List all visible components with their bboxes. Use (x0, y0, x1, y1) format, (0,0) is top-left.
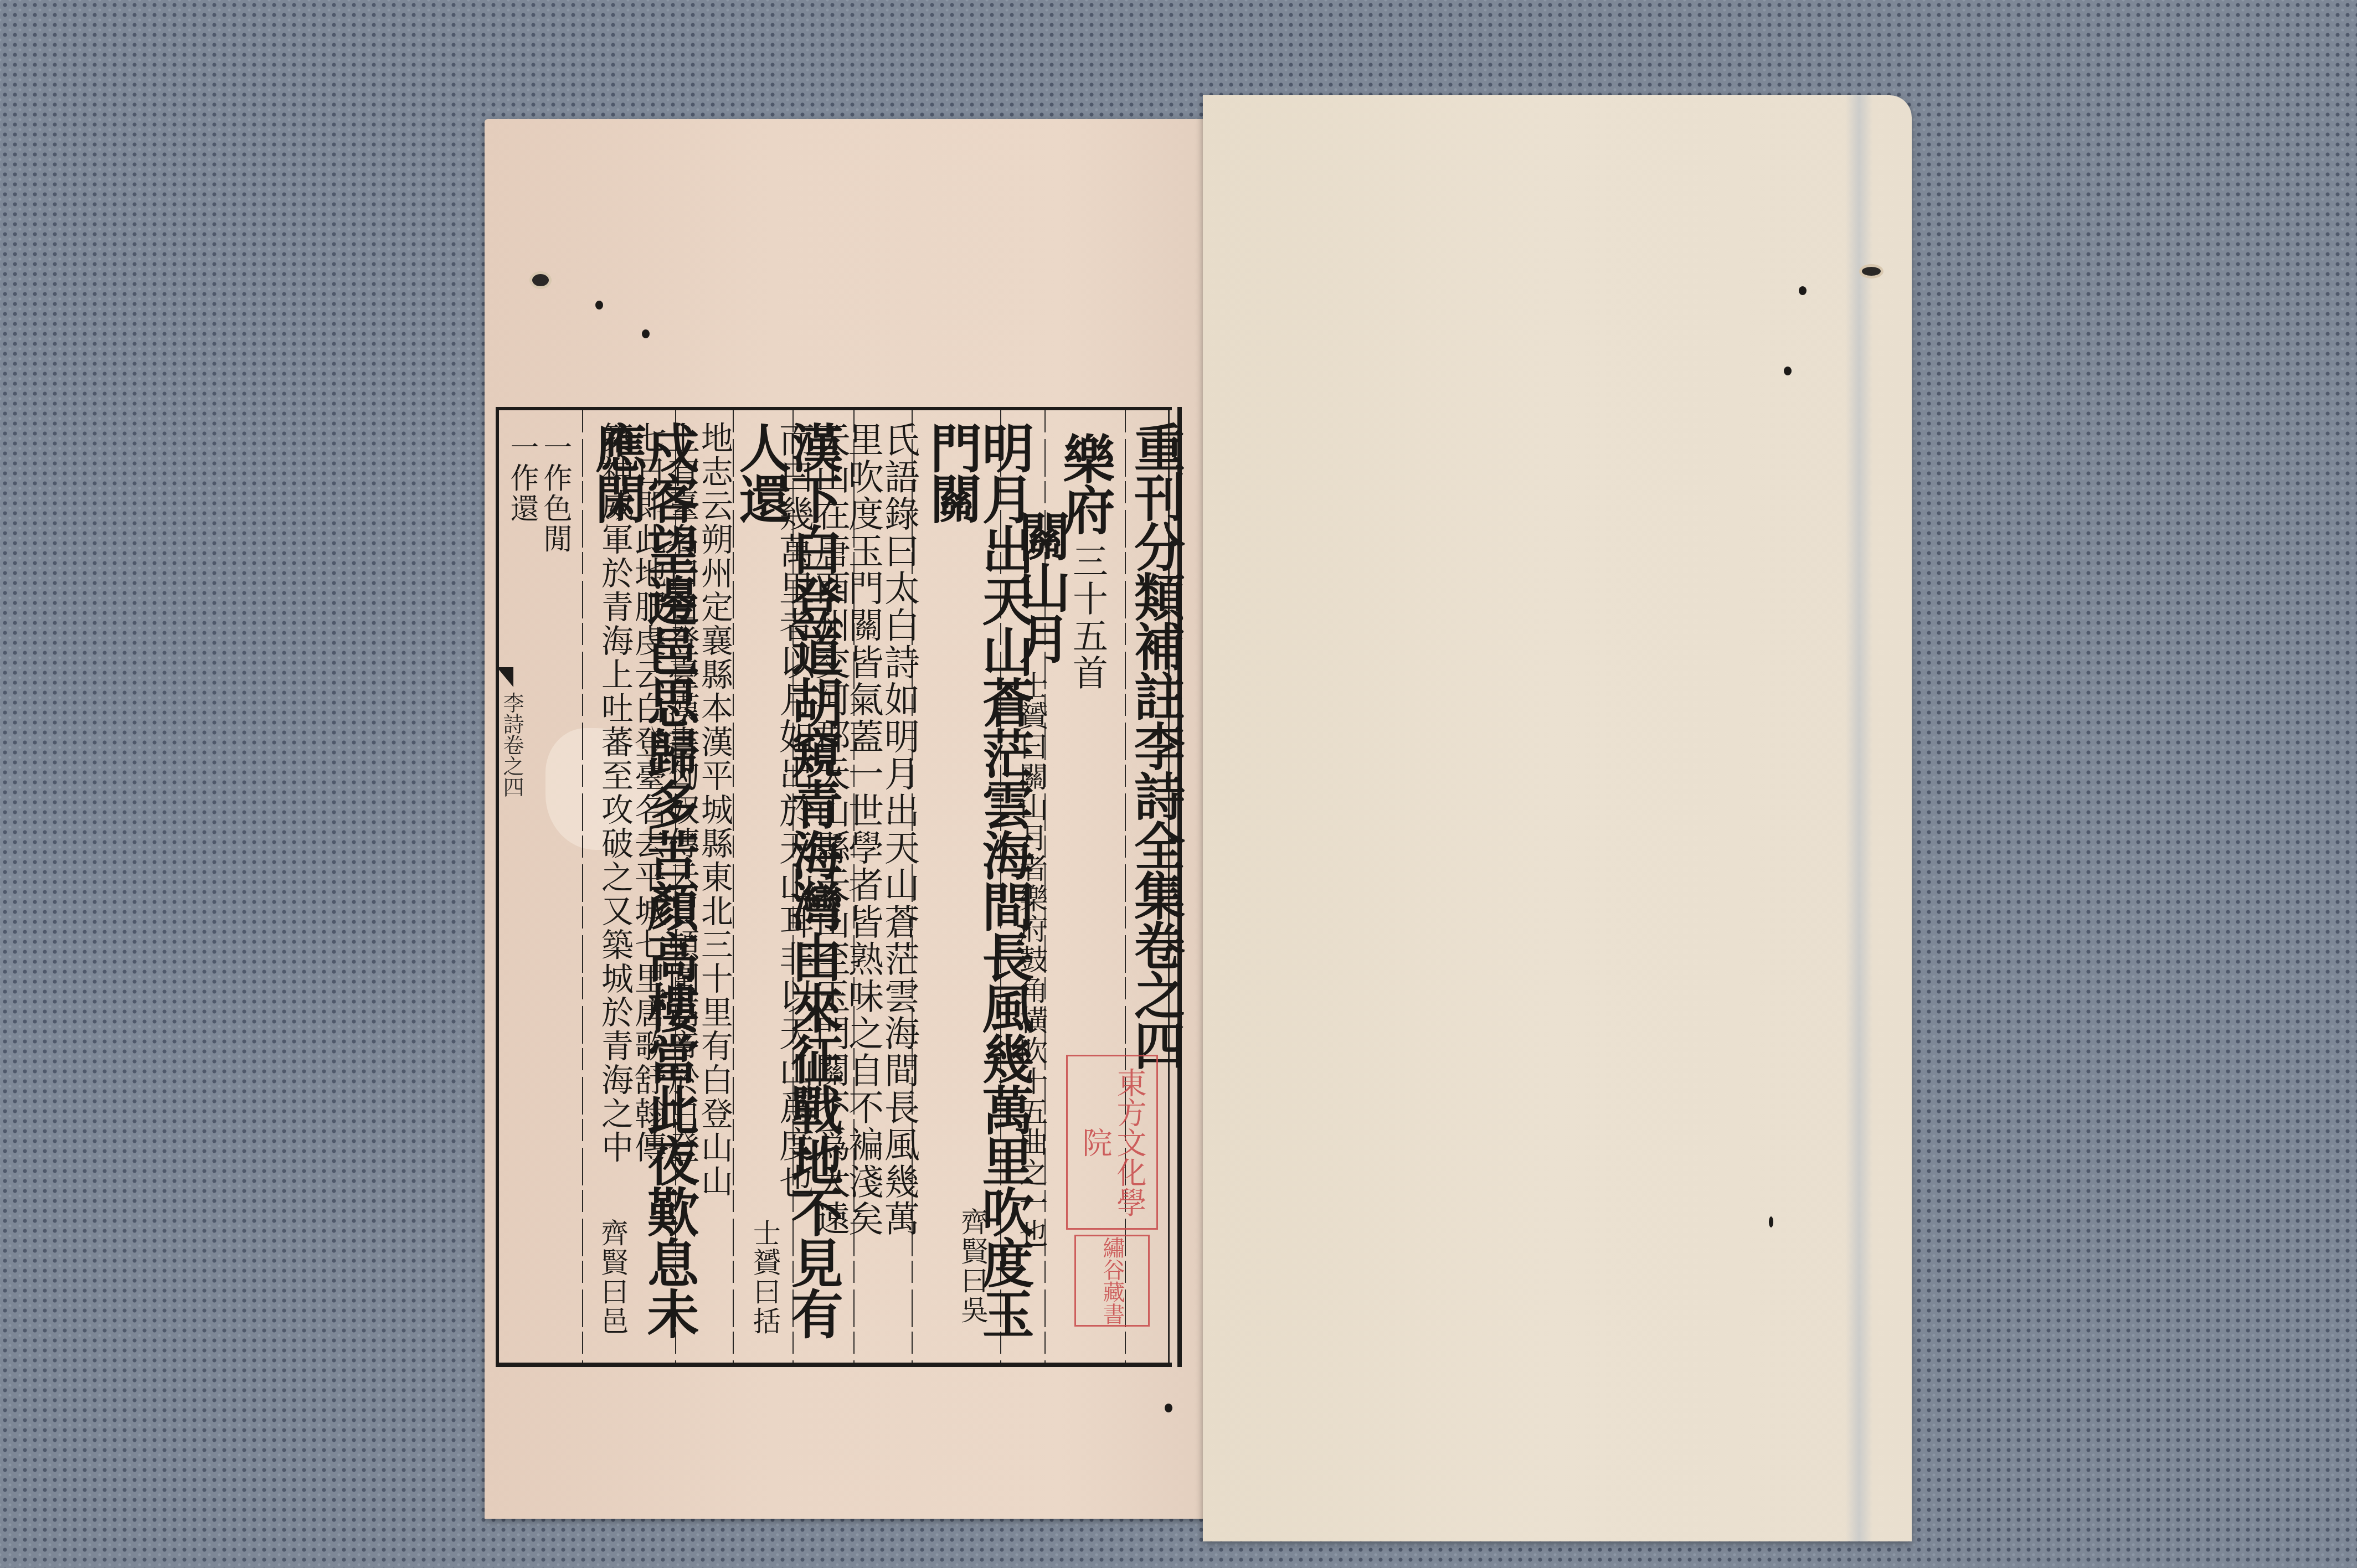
variant-note-1: 一作色閒 (541, 432, 569, 554)
right-page-blank (1203, 95, 1912, 1541)
binding-hole (595, 301, 603, 310)
commentary-1c: 里吹度玉門關皆氣蓋一世學者皆熟味之自不褊淺矣 (845, 421, 881, 1237)
fold-shadow (1845, 95, 1873, 1541)
left-page: 重刊分類補註李詩全集卷之四 樂府 三十五首 關山月 士贇曰關山月者樂府鼓角橫吹十… (485, 119, 1205, 1519)
commentary-2b: 地志云朔州定襄縣本漢平城縣東北三十里有白登山山 (698, 421, 730, 1198)
commentary-2a: 士贇曰括 (734, 1219, 779, 1336)
commentary-1a: 齊賢曰吳 (920, 1208, 986, 1325)
worm-hole (1769, 1216, 1773, 1227)
binding-hole (1784, 367, 1792, 375)
collector-seal-1: 東方文化學院 (1066, 1055, 1158, 1230)
gutter-label: 李詩卷之四 (497, 692, 527, 797)
commentary-3a: 齊賢曰邑 (582, 1219, 626, 1336)
volume-title: 重刊分類補註李詩全集卷之四 (1130, 421, 1181, 1069)
binding-hole (1862, 267, 1881, 276)
binding-hole (1799, 286, 1807, 295)
variant-note-2: 一作還 (507, 432, 536, 524)
fishtail-mark (497, 667, 513, 687)
binding-hole (642, 329, 650, 338)
binding-hole (532, 274, 549, 286)
collector-seal-2: 繡谷藏書 (1074, 1235, 1150, 1327)
section-count: 三十五首 (1069, 543, 1105, 692)
worm-hole (1165, 1404, 1172, 1412)
commentary-1b: 氏語錄曰太白詩如明月出天山蒼茫雲海間長風幾萬 (881, 421, 917, 1237)
